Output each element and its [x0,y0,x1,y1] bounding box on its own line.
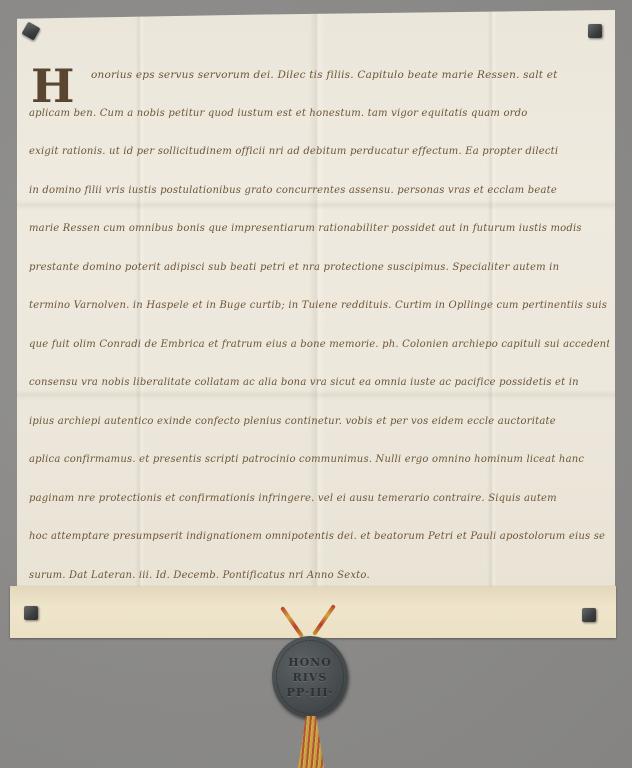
lead-bulla-seal: HONO RIVS PP·III· [272,636,348,718]
seal-inscription: RIVS [293,670,328,685]
mounting-stud-icon [582,608,596,622]
text-line: ipius archiepi autentico exinde confecto… [29,403,609,442]
parchment-sheet: H onorius eps servus servorum dei. Dilec… [17,10,615,590]
seal-inscription: PP·III· [287,685,334,700]
text-line: in domino filii vris iustis postulationi… [29,172,609,211]
text-line: hoc attemptare presumpserit indignatione… [29,518,609,557]
seal-inscription: HONO [288,655,332,670]
text-line: aplicam ben. Cum a nobis petitur quod iu… [29,95,609,134]
text-line: que fuit olim Conradi de Embrica et frat… [29,326,609,365]
text-line: marie Ressen cum omnibus bonis que impre… [29,210,609,249]
text-line: prestante domino poterit adipisci sub be… [29,249,609,288]
charter-text: onorius eps servus servorum dei. Dilec t… [29,56,609,595]
text-line: termino Varnolven. in Haspele et in Buge… [29,287,609,326]
silk-tassel [298,716,324,768]
text-line: onorius eps servus servorum dei. Dilec t… [29,56,609,95]
mounting-stud-icon [588,24,602,38]
text-line: exigit rationis. ut id per sollicitudine… [29,133,609,172]
mounting-stud-icon [24,606,38,620]
text-line: consensu vra nobis liberalitate collatam… [29,364,609,403]
text-line: paginam nre protectionis et confirmation… [29,480,609,519]
text-line: aplica confirmamus. et presentis scripti… [29,441,609,480]
